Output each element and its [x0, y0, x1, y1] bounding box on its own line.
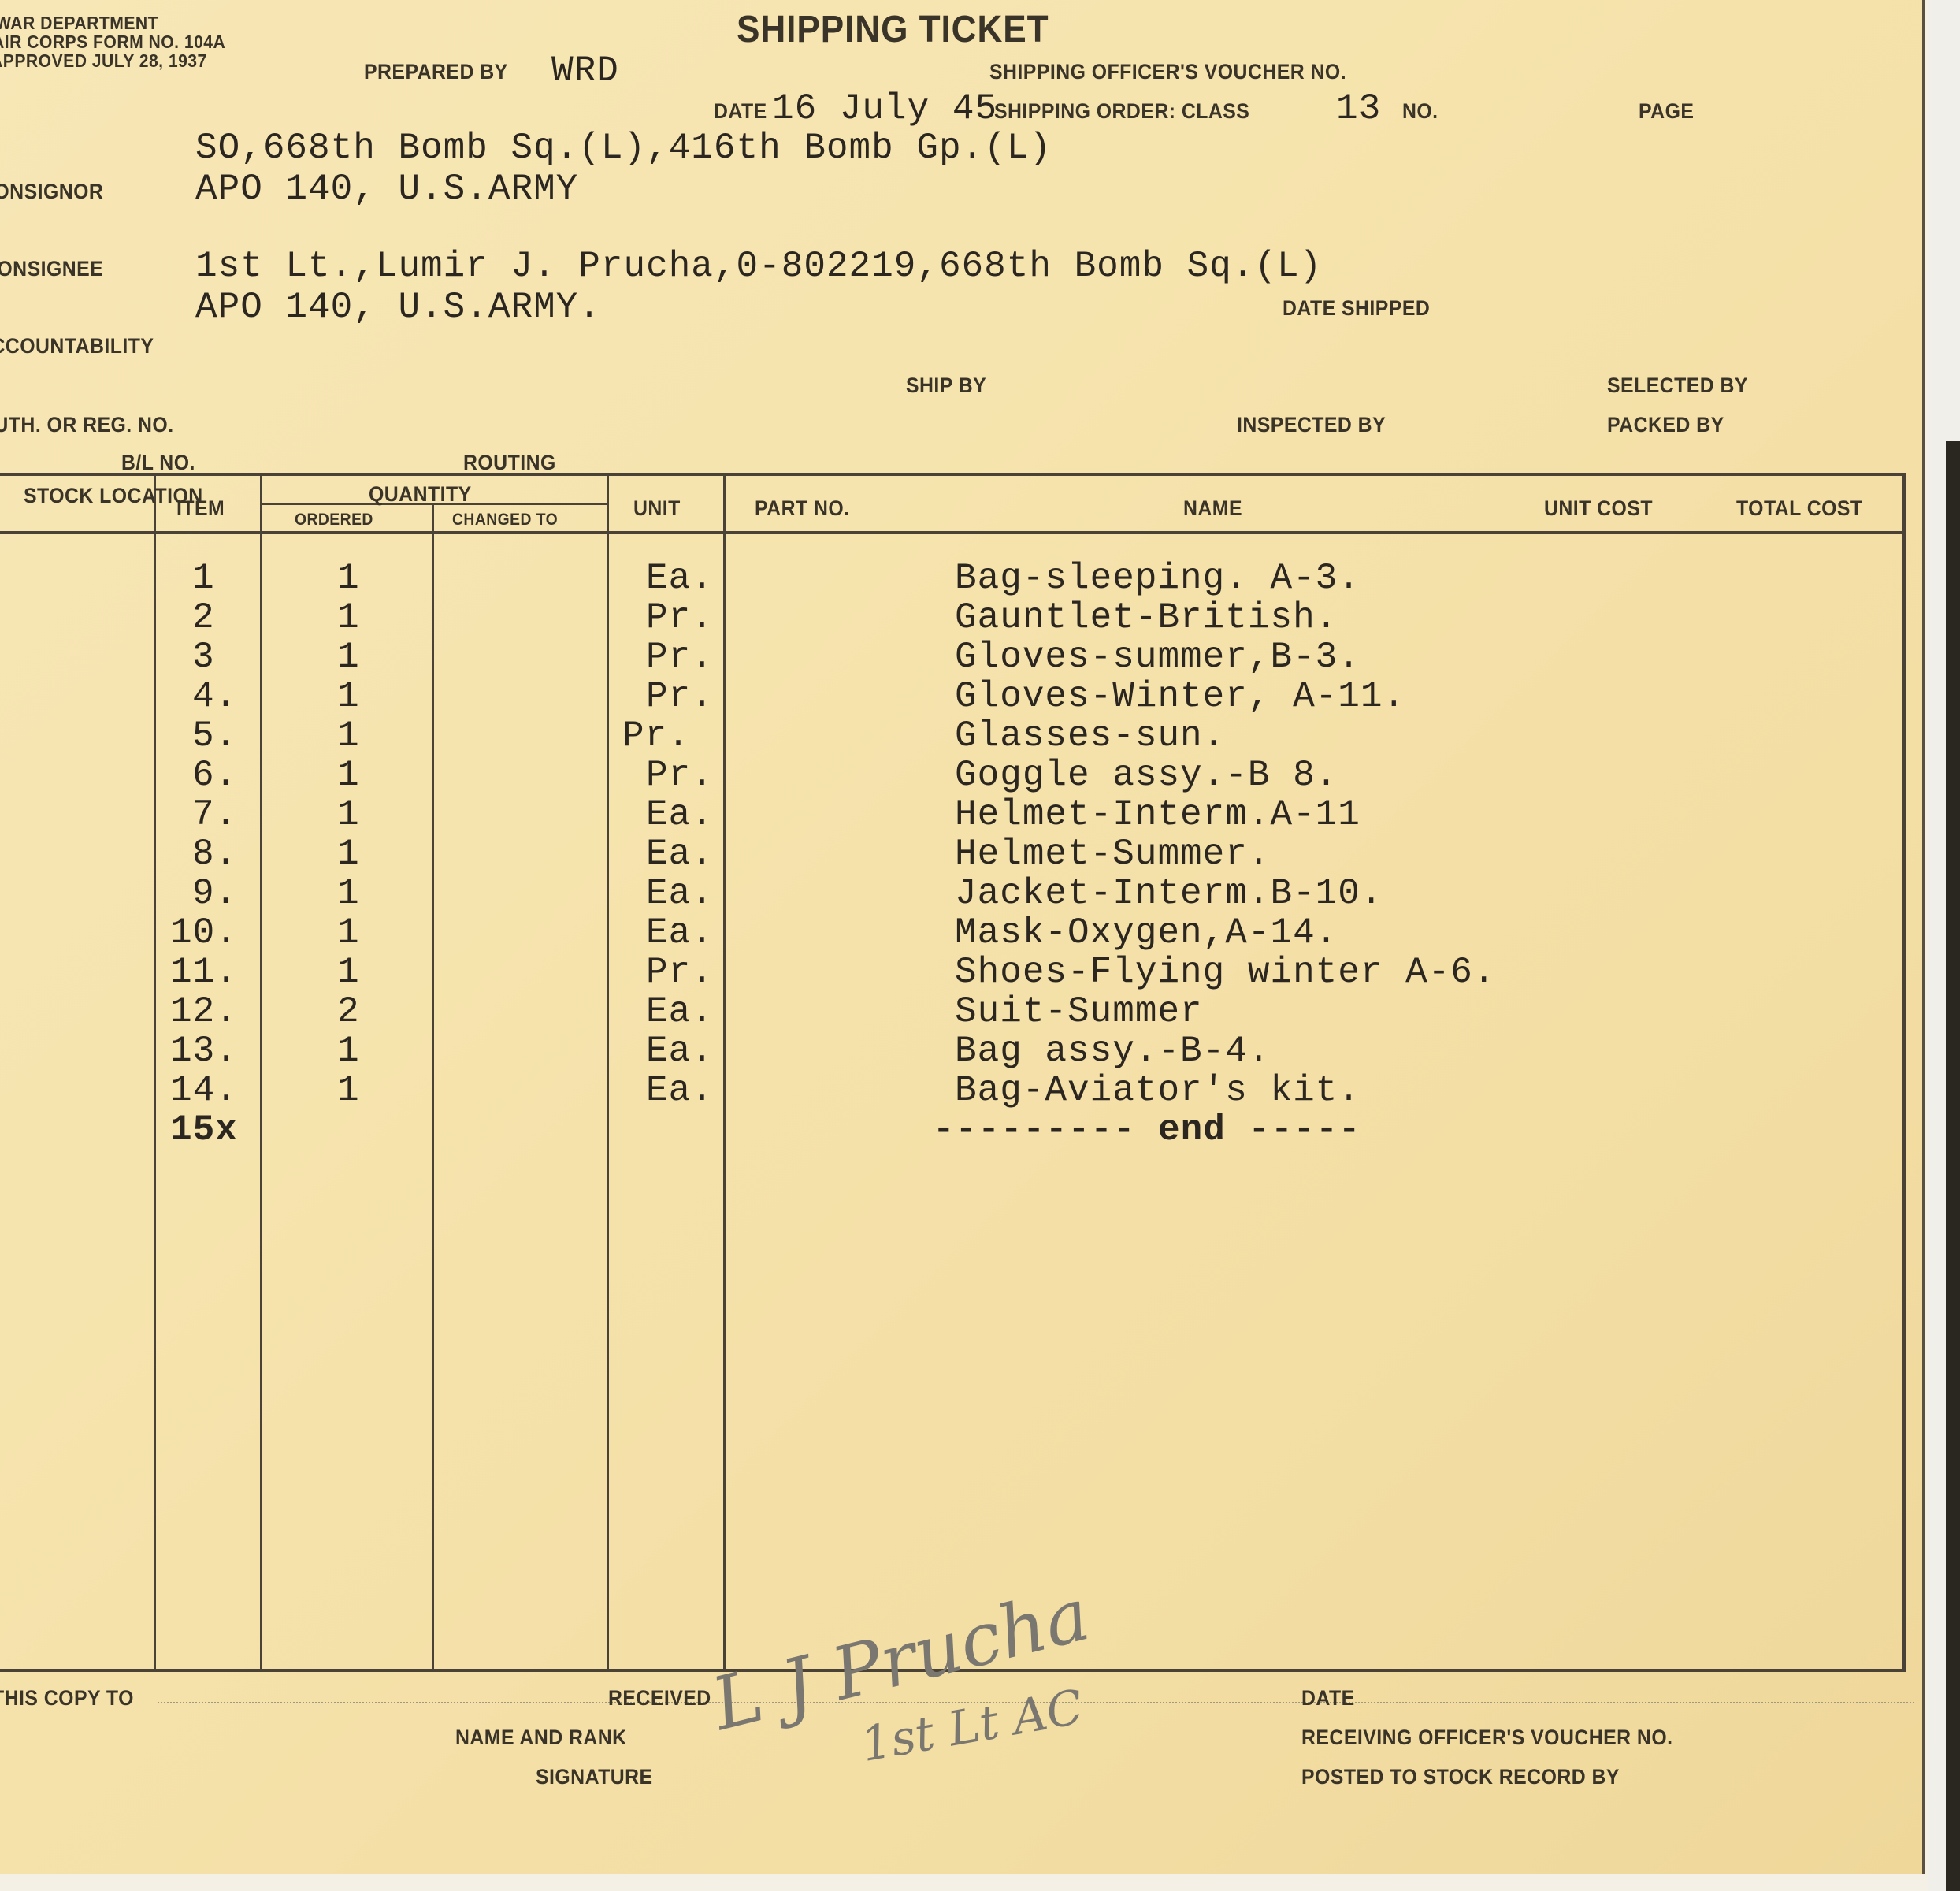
col-divider-item: [154, 473, 156, 1670]
received-label: RECEIVED: [608, 1686, 711, 1711]
item-number: 11.: [170, 952, 238, 993]
bl-no-label: B/L NO.: [121, 451, 195, 475]
item-name: Goggle assy.-B 8.: [955, 755, 1338, 796]
ordered-qty: 1: [337, 794, 360, 835]
posted-by-label: POSTED TO STOCK RECORD BY: [1301, 1765, 1620, 1789]
unit: Ea.: [646, 794, 714, 835]
item-number: 12.: [170, 991, 238, 1032]
ordered-qty: 1: [337, 912, 360, 953]
unit: Pr.: [646, 637, 714, 678]
consignee-label: CONSIGNEE: [0, 257, 103, 281]
item-name: Mask-Oxygen,A-14.: [955, 912, 1338, 953]
routing-label: ROUTING: [463, 451, 556, 475]
item-name: Gloves-Winter, A-11.: [955, 676, 1405, 717]
item-number: 8.: [192, 834, 237, 875]
item-name: Bag-Aviator's kit.: [955, 1070, 1360, 1111]
prepared-by-label: PREPARED BY: [364, 60, 508, 84]
ordered-qty: 1: [337, 873, 360, 914]
unit: Pr.: [646, 755, 714, 796]
name-and-rank-label: NAME AND RANK: [455, 1726, 627, 1750]
header-unit: UNIT: [633, 496, 681, 521]
item-name: Helmet-Interm.A-11: [955, 794, 1360, 835]
form-approved-line: APPROVED JULY 28, 1937: [0, 50, 207, 72]
order-no-label: NO.: [1402, 99, 1438, 124]
unit: Pr.: [646, 952, 714, 993]
ship-by-label: SHIP BY: [906, 373, 986, 398]
header-quantity: QUANTITY: [369, 482, 472, 507]
unit: Ea.: [646, 1031, 714, 1072]
item-number: 1: [192, 558, 215, 599]
date-received-label: DATE: [1301, 1686, 1355, 1711]
date-label: DATE: [714, 99, 767, 124]
item-number: 9.: [192, 873, 237, 914]
ordered-qty: 1: [337, 676, 360, 717]
ordered-qty: 1: [337, 715, 360, 756]
item-name: Suit-Summer: [955, 991, 1203, 1032]
item-name: Bag assy.-B-4.: [955, 1031, 1270, 1072]
item-number: 14.: [170, 1070, 238, 1111]
item-name: Bag-sleeping. A-3.: [955, 558, 1360, 599]
ordered-qty: 1: [337, 558, 360, 599]
accountability-label: ACCOUNTABILITY: [0, 334, 154, 359]
ordered-qty: 1: [337, 1031, 360, 1072]
consignor-label: CONSIGNOR: [0, 180, 103, 204]
unit: Ea.: [646, 873, 714, 914]
item-name: Shoes-Flying winter A-6.: [955, 952, 1496, 993]
inspected-by-label: INSPECTED BY: [1237, 413, 1386, 437]
ordered-qty: 1: [337, 597, 360, 638]
consignee-line1: 1st Lt.,Lumir J. Prucha,0-802219,668th B…: [195, 246, 1322, 287]
item-number: 10.: [170, 912, 238, 953]
unit: Ea.: [646, 558, 714, 599]
col-divider-part: [723, 473, 726, 1670]
page-title: SHIPPING TICKET: [737, 8, 1049, 51]
unit: Ea.: [646, 1070, 714, 1111]
item-name: Glasses-sun.: [955, 715, 1225, 756]
header-name: NAME: [1183, 496, 1242, 521]
header-item: ITEM: [176, 496, 225, 521]
date-value: 16 July 45: [772, 88, 997, 129]
item-number: 5.: [192, 715, 237, 756]
consignor-line1: SO,668th Bomb Sq.(L),416th Bomb Gp.(L): [195, 128, 1052, 169]
unit: Ea.: [646, 912, 714, 953]
table-top-rule: [0, 473, 1903, 476]
ordered-qty: 1: [337, 952, 360, 993]
shipping-order-class-label: SHIPPING ORDER: CLASS: [994, 99, 1249, 124]
date-shipped-label: DATE SHIPPED: [1283, 296, 1430, 321]
ordered-qty: 1: [337, 1070, 360, 1111]
unit: Pr.: [622, 715, 690, 756]
consignee-line2: APO 140, U.S.ARMY.: [195, 287, 601, 328]
ordered-qty: 2: [337, 991, 360, 1032]
header-total-cost: TOTAL COST: [1736, 496, 1863, 521]
item-number: 13.: [170, 1031, 238, 1072]
table-right-border: [1902, 473, 1906, 1670]
form-dept-line: WAR DEPARTMENT: [0, 13, 158, 34]
unit: Ea.: [646, 991, 714, 1032]
auth-reg-no-label: AUTH. OR REG. NO.: [0, 413, 174, 437]
item-number: 2: [192, 597, 215, 638]
item-number: 4.: [192, 676, 237, 717]
this-copy-to-label: THIS COPY TO: [0, 1686, 134, 1711]
shipping-ticket-form: WAR DEPARTMENT AIR CORPS FORM NO. 104A A…: [0, 0, 1925, 1874]
end-marker: --------- end -----: [933, 1109, 1361, 1150]
scan-edge-shadow: [1946, 441, 1960, 1891]
ordered-qty: 1: [337, 755, 360, 796]
header-unit-cost: UNIT COST: [1544, 496, 1653, 521]
consignor-line2: APO 140, U.S.ARMY: [195, 169, 578, 210]
ordered-qty: 1: [337, 834, 360, 875]
header-part-no: PART NO.: [755, 496, 850, 521]
receiving-voucher-label: RECEIVING OFFICER'S VOUCHER NO.: [1301, 1726, 1672, 1750]
col-divider-changed: [432, 503, 434, 1670]
item-name: Gloves-summer,B-3.: [955, 637, 1360, 678]
unit: Pr.: [646, 597, 714, 638]
item-name: Gauntlet-British.: [955, 597, 1338, 638]
header-ordered: ORDERED: [295, 511, 373, 529]
ordered-qty: 1: [337, 637, 360, 678]
signature-label: SIGNATURE: [536, 1765, 653, 1789]
item-number: 7.: [192, 794, 237, 835]
class-value: 13: [1336, 88, 1381, 129]
col-divider-unit: [607, 473, 609, 1670]
packed-by-label: PACKED BY: [1607, 413, 1724, 437]
item-number: 6.: [192, 755, 237, 796]
form-number-line: AIR CORPS FORM NO. 104A: [0, 32, 225, 53]
selected-by-label: SELECTED BY: [1607, 373, 1748, 398]
table-header-rule: [0, 531, 1903, 534]
col-divider-ordered: [260, 473, 262, 1670]
item-number: 3: [192, 637, 215, 678]
unit: Ea.: [646, 834, 714, 875]
item-name: Helmet-Summer.: [955, 834, 1270, 875]
voucher-no-label: SHIPPING OFFICER'S VOUCHER NO.: [989, 60, 1346, 84]
item-name: Jacket-Interm.B-10.: [955, 873, 1383, 914]
unit: Pr.: [646, 676, 714, 717]
struck-item-number: 15x: [170, 1109, 238, 1150]
page-label: PAGE: [1639, 99, 1694, 124]
header-changed-to: CHANGED TO: [452, 511, 558, 529]
prepared-by-value: WRD: [551, 50, 619, 91]
